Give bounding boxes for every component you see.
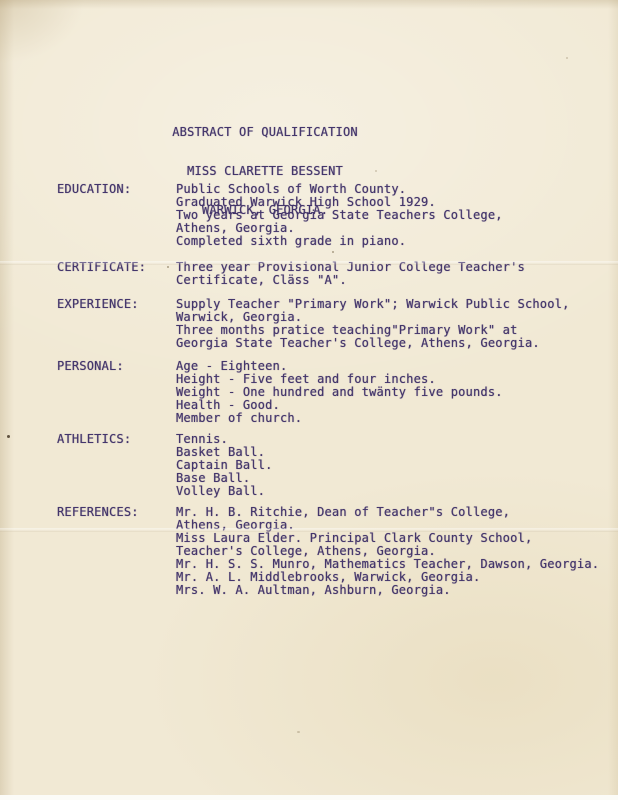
section-line: Volley Ball. xyxy=(176,485,273,498)
fold-crease xyxy=(0,261,618,265)
section-lines: Mr. H. B. Ritchie, Dean of Teacher"s Col… xyxy=(176,506,599,597)
document-page: ABSTRACT OF QUALIFICATION MISS CLARETTE … xyxy=(0,0,618,800)
scan-edge xyxy=(0,795,618,800)
title-line: ABSTRACT OF QUALIFICATION xyxy=(90,126,440,139)
section-label: EXPERIENCE: xyxy=(57,298,139,311)
section-label: ATHLETICS: xyxy=(57,433,131,446)
section-line: Certificate, Cläss "A". xyxy=(176,274,525,287)
title-line: MISS CLARETTE BESSENT xyxy=(90,165,440,178)
section-label: REFERENCES: xyxy=(57,506,139,519)
paper-speck xyxy=(167,266,169,268)
paper-speck xyxy=(566,57,568,59)
section-lines: Supply Teacher "Primary Work"; Warwick P… xyxy=(176,298,570,350)
section-lines: Tennis.Basket Ball.Captain Ball.Base Bal… xyxy=(176,433,273,498)
section-label: EDUCATION: xyxy=(57,183,131,196)
section-lines: Age - Eighteen.Height - Five feet and fo… xyxy=(176,360,503,425)
paper-speck xyxy=(375,170,377,172)
section-line: Mrs. W. A. Aultman, Ashburn, Georgia. xyxy=(176,584,599,597)
section-line: Completed sixth grade in piano. xyxy=(176,235,503,248)
section-line: Member of church. xyxy=(176,412,503,425)
section-line: Georgia State Teacher's College, Athens,… xyxy=(176,337,570,350)
section-lines: Public Schools of Worth County.Graduated… xyxy=(176,183,503,248)
paper-speck xyxy=(332,251,334,253)
section-label: PERSONAL: xyxy=(57,360,124,373)
fold-crease xyxy=(0,528,618,532)
paper-speck xyxy=(7,435,10,438)
paper-speck xyxy=(297,731,300,733)
